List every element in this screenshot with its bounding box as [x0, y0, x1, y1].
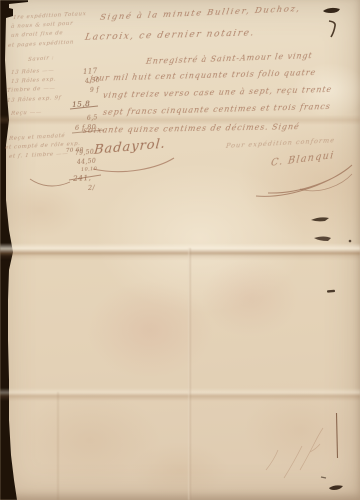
margin-figure: 6 f 80	[75, 123, 97, 132]
signature-paraph-2	[300, 174, 352, 191]
flourish-word-underline	[93, 158, 174, 172]
attestation-line-1: Signé à la minute Bullier, Duchoz,	[99, 4, 301, 23]
pen-line-bottom-right	[337, 413, 338, 458]
margin-figure: 117	[83, 67, 98, 76]
margin-note: 13 Rôles exp.	[11, 77, 57, 85]
margin-figure: 2/	[88, 184, 96, 192]
margin-note: un droit fixe de	[11, 30, 64, 39]
vertical-crease-small	[57, 392, 59, 500]
margin-figure: 15,8	[72, 99, 91, 109]
notary-signature: C. Blanqui	[270, 150, 335, 169]
registration-line-5: soixante quinze centimes de décimes. Sig…	[82, 122, 300, 135]
registration-line-4: sept francs cinquante centimes et trois …	[102, 102, 331, 117]
ink-speck	[349, 240, 352, 243]
closing-flourish-word: Badayrol.	[93, 137, 166, 158]
attestation-line-2: Lacroix, ce dernier notaire.	[84, 29, 256, 44]
flourish-mark-top-right	[329, 21, 335, 37]
registration-line-1: Enregistré à Saint-Amour le vingt	[145, 51, 313, 66]
closing-receipt-note: Pour expédition conforme	[226, 136, 336, 150]
margin-note: 1re expédition Totaux	[13, 11, 87, 21]
ink-dash-right	[327, 290, 335, 293]
document-scan: Signé à la minute Bullier, Duchoz, Lacro…	[0, 0, 360, 500]
margin-note: et f. 1 timbre ——	[9, 151, 69, 160]
fold-line-lower	[0, 388, 360, 401]
ink-mark-right-1	[311, 217, 329, 221]
margin-note: à nous & soit pour	[11, 21, 74, 30]
margin-figure: 44,50	[77, 158, 97, 166]
margin-figure: 241,	[73, 173, 92, 183]
registration-line-3: vingt treize verso case une à sept, reçu…	[102, 85, 332, 100]
signature-paraph	[256, 165, 352, 196]
ink-mark-bottom-right-small	[321, 477, 326, 478]
margin-note: Savoir :	[28, 55, 55, 63]
ink-mark-right-2	[314, 237, 331, 242]
fold-line-upper	[0, 115, 360, 124]
margin-note: Timbre de ——	[7, 85, 56, 94]
fold-line-middle	[0, 243, 360, 260]
margin-note: 13 Rôles ——	[11, 68, 55, 76]
ink-blot-bottom-right	[329, 485, 343, 490]
closing-sum: 70 60	[66, 147, 84, 154]
margin-figure: 10,10	[81, 166, 98, 173]
margin-note: 13 Rôles exp. 9f	[7, 95, 62, 104]
margin-note: Reçu ——	[11, 109, 42, 117]
sideways-endorsement	[266, 428, 323, 478]
margin-note: et pages expédition	[8, 40, 74, 49]
margin-figure: 9 f	[90, 86, 100, 94]
margin-note: Reçu et mandaté	[9, 133, 66, 142]
vertical-crease	[188, 248, 191, 500]
ink-blot-top-right	[323, 8, 340, 13]
registration-line-2: jour mil huit cent cinquante trois folio…	[89, 68, 316, 83]
margin-figure: 4,50	[85, 77, 100, 85]
margin-figure: 6,5	[87, 114, 98, 122]
